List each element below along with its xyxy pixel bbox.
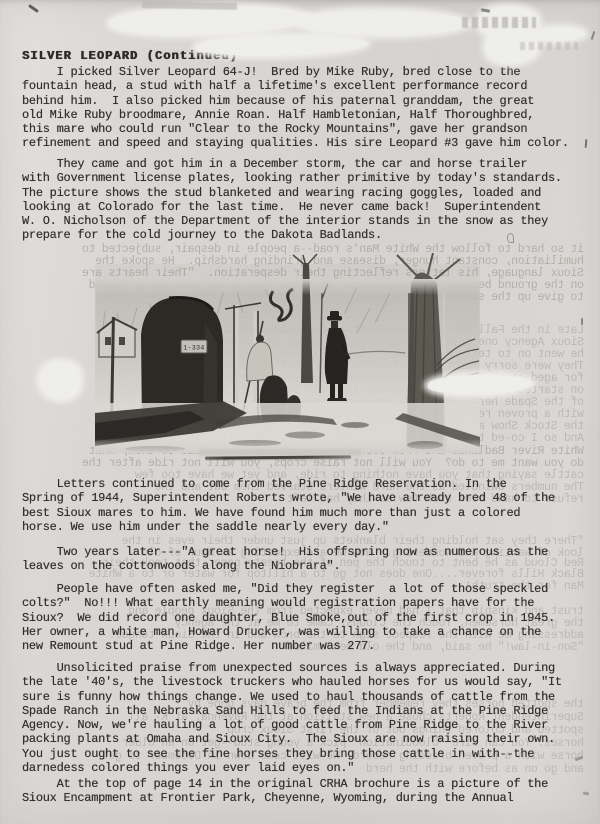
- photo-grain: [95, 281, 480, 451]
- paragraph-4: Two years later---"A great horse! His of…: [22, 545, 582, 574]
- paragraph-6: Unsolicited praise from unexpected sourc…: [22, 661, 582, 775]
- scribble-smudge: [462, 17, 536, 28]
- scanned-document-page: it so hard to follow the White Man's roa…: [0, 0, 600, 824]
- ink-speck: [481, 8, 490, 13]
- whiteout-blob: [196, 35, 368, 57]
- paragraph-5: People have often asked me, "Did they re…: [22, 582, 582, 653]
- scribble-smudge: [520, 42, 578, 50]
- ink-speck: [28, 4, 39, 13]
- ink-speck: [591, 31, 596, 40]
- paragraph-7: At the top of page 14 in the original CR…: [22, 777, 582, 806]
- whiteout-blob: [298, 10, 470, 36]
- paragraph-2: They came and got him in a December stor…: [22, 157, 582, 243]
- whiteout-blob: [531, 27, 585, 42]
- ink-speck: [585, 139, 588, 148]
- ink-speck: [583, 792, 589, 796]
- paragraph-1: I picked Silver Leopard 64-J! Bred by Mi…: [22, 65, 582, 151]
- paragraph-3: Letters continued to come from the Pine …: [22, 477, 582, 534]
- ink-speck: [507, 233, 514, 243]
- whiteout-blob-margin: [40, 362, 80, 399]
- photo-scene: 1-334: [95, 253, 480, 453]
- ink-speck: [581, 318, 583, 325]
- photo-horse-trailer-winter: 1-334: [95, 253, 480, 453]
- scribble-smudge: [142, 1, 237, 10]
